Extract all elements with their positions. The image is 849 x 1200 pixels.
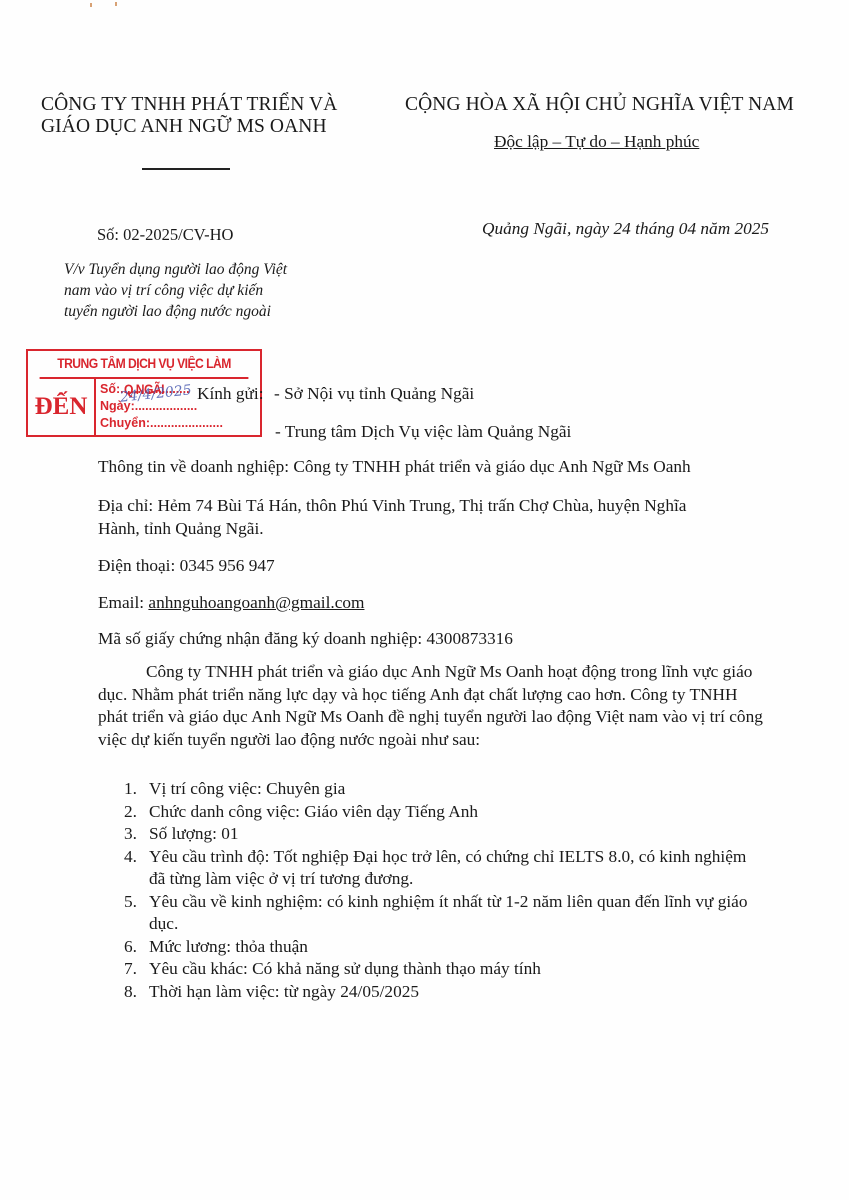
- list-item-text: Yêu cầu khác: Có khả năng sử dụng thành …: [149, 959, 541, 978]
- list-item: 8.Thời hạn làm việc: từ ngày 24/05/2025: [124, 981, 764, 1004]
- business-registration: Mã số giấy chứng nhận đăng ký doanh nghi…: [98, 628, 513, 650]
- list-item: 2.Chức danh công việc: Giáo viên dạy Tiế…: [124, 801, 764, 824]
- list-item-number: 3.: [124, 823, 149, 846]
- list-item-number: 1.: [124, 778, 149, 801]
- list-item-number: 7.: [124, 958, 149, 981]
- requirements-list: 1.Vị trí công việc: Chuyên gia2.Chức dan…: [124, 778, 764, 1003]
- list-item: 7.Yêu cầu khác: Có khả năng sử dụng thàn…: [124, 958, 764, 981]
- list-item: 5.Yêu cầu về kinh nghiệm: có kinh nghiệm…: [124, 891, 764, 936]
- stamp-label: ĐẾN: [28, 379, 96, 435]
- list-item-number: 5.: [124, 891, 149, 914]
- email-label: Email:: [98, 593, 148, 612]
- national-title: CỘNG HÒA XÃ HỘI CHỦ NGHĨA VIỆT NAM: [405, 93, 794, 116]
- list-item-number: 4.: [124, 846, 149, 869]
- email-link[interactable]: anhnguhoangoanh@gmail.com: [148, 593, 364, 612]
- list-item-text: Mức lương: thỏa thuận: [149, 937, 308, 956]
- list-item-text: Số lượng: 01: [149, 824, 239, 843]
- company-address-line1: Địa chỉ: Hẻm 74 Bùi Tá Hán, thôn Phú Vin…: [98, 495, 686, 517]
- scan-speck: [115, 2, 117, 6]
- list-item-number: 8.: [124, 981, 149, 1004]
- body-paragraph: Công ty TNHH phát triển và giáo dục Anh …: [98, 661, 766, 751]
- subject-line: V/v Tuyển dụng người lao động Việt: [64, 259, 287, 280]
- list-item-number: 2.: [124, 801, 149, 824]
- document-number: Số: 02-2025/CV-HO: [97, 224, 233, 246]
- company-name-line2: GIÁO DỤC ANH NGỮ MS OANH: [41, 115, 327, 138]
- list-item-text: Yêu cầu về kinh nghiệm: có kinh nghiệm í…: [149, 892, 748, 934]
- list-item: 1.Vị trí công việc: Chuyên gia: [124, 778, 764, 801]
- national-motto: Độc lập – Tự do – Hạnh phúc: [494, 131, 699, 153]
- header-divider: [142, 168, 230, 170]
- stamp-field-transfer: Chuyển:.....................: [100, 415, 223, 432]
- stamp-title: TRUNG TÂM DỊCH VỤ VIỆC LÀM Q.NGÃI: [40, 351, 249, 379]
- company-info-name: Thông tin về doanh nghiệp: Công ty TNHH …: [98, 456, 691, 478]
- company-name-line1: CÔNG TY TNHH PHÁT TRIỂN VÀ: [41, 93, 337, 116]
- list-item: 4.Yêu cầu trình độ: Tốt nghiệp Đại học t…: [124, 846, 764, 891]
- company-phone: Điện thoại: 0345 956 947: [98, 555, 275, 577]
- subject-line: tuyển người lao động nước ngoài: [64, 301, 271, 322]
- subject-line: nam vào vị trí công việc dự kiến: [64, 280, 263, 301]
- list-item-number: 6.: [124, 936, 149, 959]
- recipient-item: - Sở Nội vụ tỉnh Quảng Ngãi: [274, 383, 474, 405]
- company-email-row: Email: anhnguhoangoanh@gmail.com: [98, 592, 364, 614]
- list-item-text: Chức danh công việc: Giáo viên dạy Tiếng…: [149, 802, 478, 821]
- list-item: 3.Số lượng: 01: [124, 823, 764, 846]
- list-item-text: Vị trí công việc: Chuyên gia: [149, 779, 345, 798]
- company-address-line2: Hành, tỉnh Quảng Ngãi.: [98, 518, 264, 540]
- scan-speck: [90, 3, 92, 7]
- recipient-label: Kính gửi:: [197, 383, 264, 405]
- recipient-item: - Trung tâm Dịch Vụ việc làm Quảng Ngãi: [275, 421, 571, 443]
- list-item-text: Yêu cầu trình độ: Tốt nghiệp Đại học trở…: [149, 847, 746, 889]
- list-item: 6.Mức lương: thỏa thuận: [124, 936, 764, 959]
- list-item-text: Thời hạn làm việc: từ ngày 24/05/2025: [149, 982, 419, 1001]
- place-date: Quảng Ngãi, ngày 24 tháng 04 năm 2025: [482, 218, 769, 240]
- body-paragraph-text: Công ty TNHH phát triển và giáo dục Anh …: [98, 662, 763, 749]
